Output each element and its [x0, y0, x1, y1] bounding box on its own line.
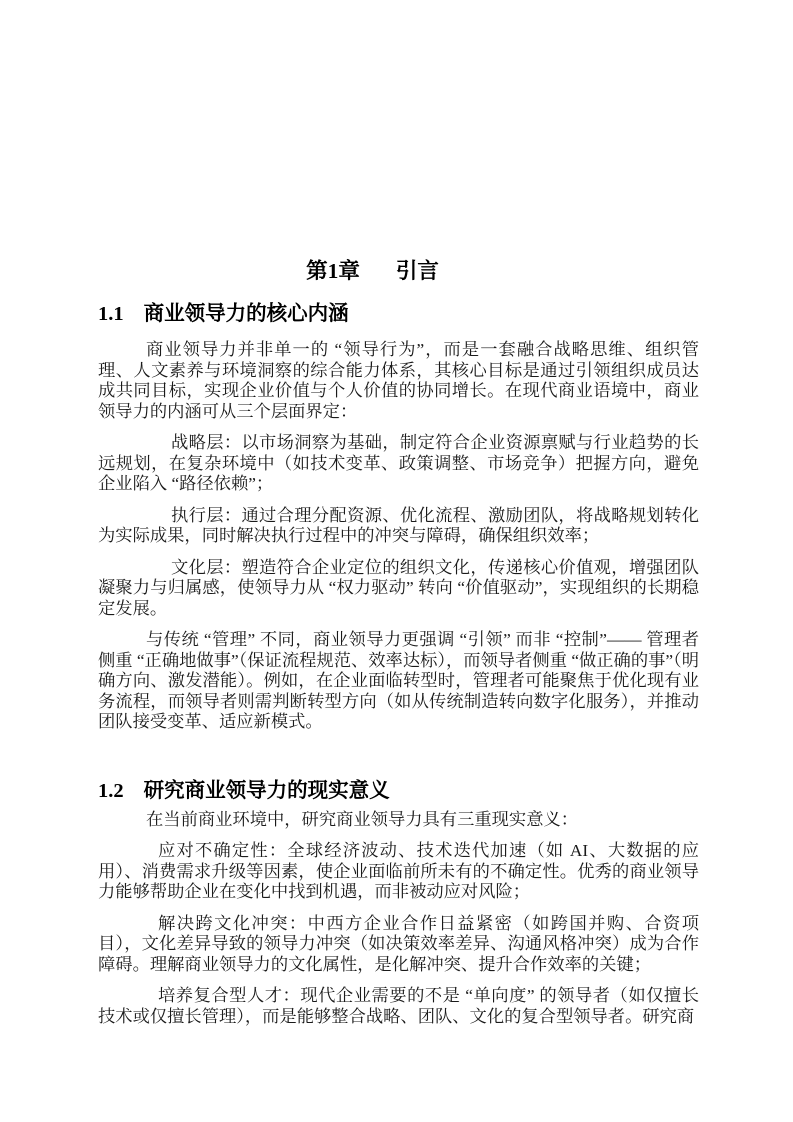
chapter-number: 第1章: [306, 259, 360, 283]
section-1-2-heading: 1.2研究商业领导力的现实意义: [98, 778, 699, 804]
section-1-1-title: 商业领导力的核心内涵: [144, 303, 349, 325]
section-1-2: 1.2研究商业领导力的现实意义 在当前商业环境中，研究商业领导力具有三重现实意义…: [98, 778, 699, 1028]
document-page: 第1章引言 1.1商业领导力的核心内涵 商业领导力并非单一的 “领导行为”，而是…: [0, 0, 793, 1122]
para-lead-vs-manage: 与传统 “管理” 不同，商业领导力更强调 “引领” 而非 “控制”—— 管理者侧…: [98, 630, 699, 733]
para-strategy-layer: 战略层：以市场洞察为基础，制定符合企业资源禀赋与行业趋势的长远规划，在复杂环境中…: [98, 433, 699, 495]
chapter-title: 第1章引言: [98, 258, 647, 284]
section-1-2-number: 1.2: [98, 780, 124, 802]
para-uncertainty: 应对不确定性：全球经济波动、技术迭代加速（如 AI、大数据的应用）、消费需求升级…: [98, 841, 699, 903]
chapter-name: 引言: [396, 259, 439, 283]
para-execution-layer: 执行层：通过合理分配资源、优化流程、激励团队，将战略规划转化为实际成果，同时解决…: [98, 506, 699, 547]
section-1-1: 1.1商业领导力的核心内涵 商业领导力并非单一的 “领导行为”，而是一套融合战略…: [98, 301, 699, 733]
para-cross-culture-conflict: 解决跨文化冲突：中西方企业合作日益紧密（如跨国并购、合资项目），文化差异导致的领…: [98, 914, 699, 976]
para-significance-intro: 在当前商业环境中，研究商业领导力具有三重现实意义：: [98, 810, 699, 831]
section-1-1-heading: 1.1商业领导力的核心内涵: [98, 301, 699, 327]
para-culture-layer: 文化层：塑造符合企业定位的组织文化，传递核心价值观，增强团队凝聚力与归属感，使领…: [98, 558, 699, 620]
section-1-2-title: 研究商业领导力的现实意义: [144, 780, 390, 802]
para-core-definition: 商业领导力并非单一的 “领导行为”，而是一套融合战略思维、组织管理、人文素养与环…: [98, 340, 699, 422]
section-1-1-number: 1.1: [98, 303, 124, 325]
para-composite-talent: 培养复合型人才：现代企业需要的不是 “单向度” 的领导者（如仅擅长技术或仅擅长管…: [98, 986, 699, 1027]
